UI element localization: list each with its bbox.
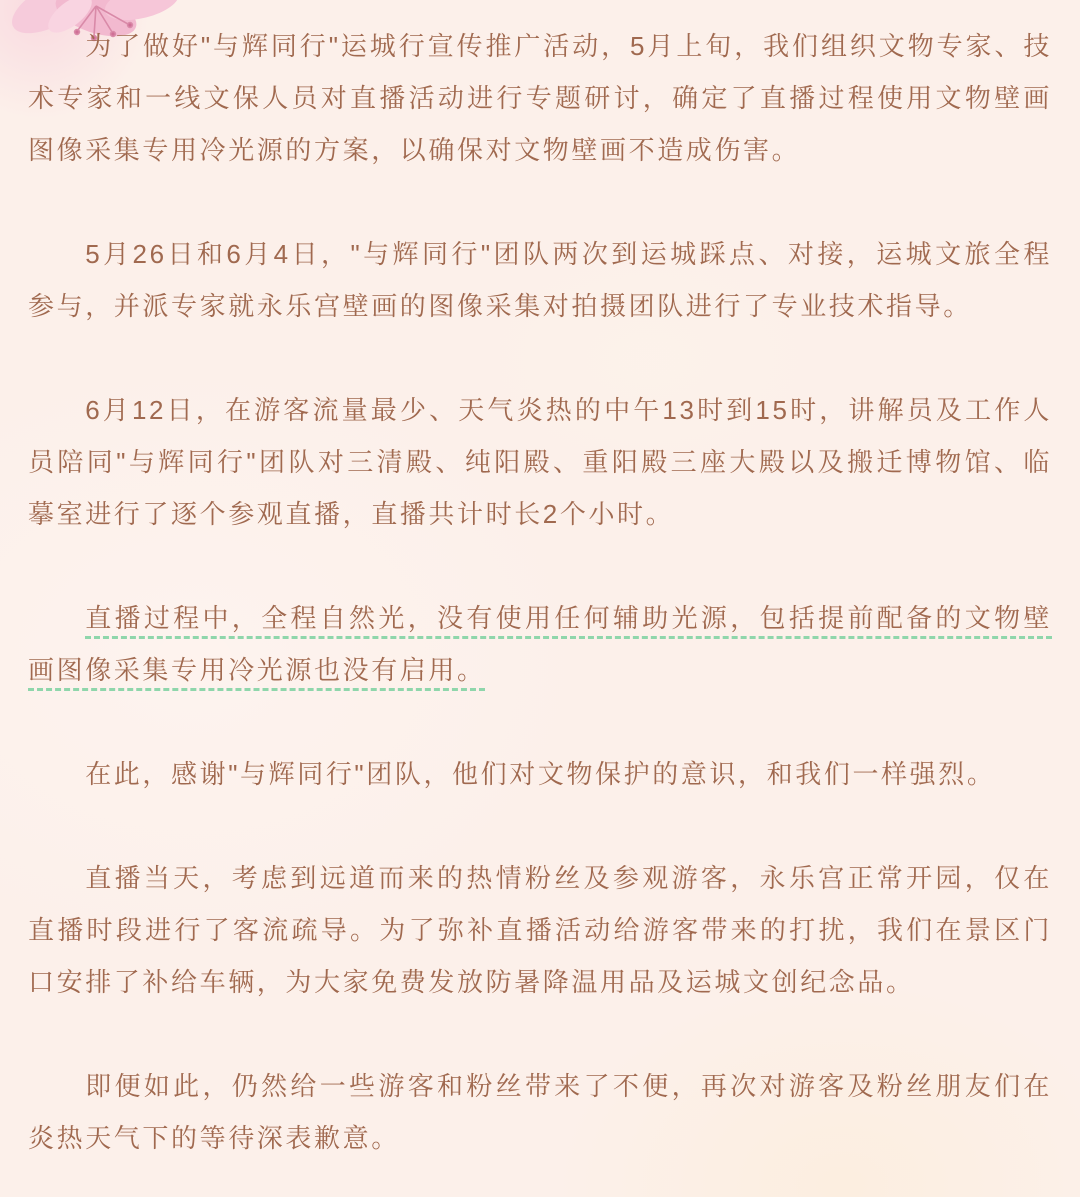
paragraph: 即便如此，仍然给一些游客和粉丝带来了不便，再次对游客及粉丝朋友们在炎热天气下的等… (28, 1060, 1052, 1164)
article-body: 为了做好"与辉同行"运城行宣传推广活动，5月上旬，我们组织文物专家、技术专家和一… (28, 20, 1052, 1164)
paragraph: 直播当天，考虑到远道而来的热情粉丝及参观游客，永乐宫正常开园，仅在直播时段进行了… (28, 852, 1052, 1008)
paragraph: 为了做好"与辉同行"运城行宣传推广活动，5月上旬，我们组织文物专家、技术专家和一… (28, 20, 1052, 176)
paragraph: 5月26日和6月4日，"与辉同行"团队两次到运城踩点、对接，运城文旅全程参与，并… (28, 228, 1052, 332)
paragraph: 在此，感谢"与辉同行"团队，他们对文物保护的意识，和我们一样强烈。 (28, 748, 1052, 800)
paragraph: 6月12日，在游客流量最少、天气炎热的中午13时到15时，讲解员及工作人员陪同"… (28, 384, 1052, 540)
article-page: 为了做好"与辉同行"运城行宣传推广活动，5月上旬，我们组织文物专家、技术专家和一… (0, 0, 1080, 1197)
paragraph-underlined: 直播过程中，全程自然光，没有使用任何辅助光源，包括提前配备的文物壁画图像采集专用… (28, 592, 1052, 696)
